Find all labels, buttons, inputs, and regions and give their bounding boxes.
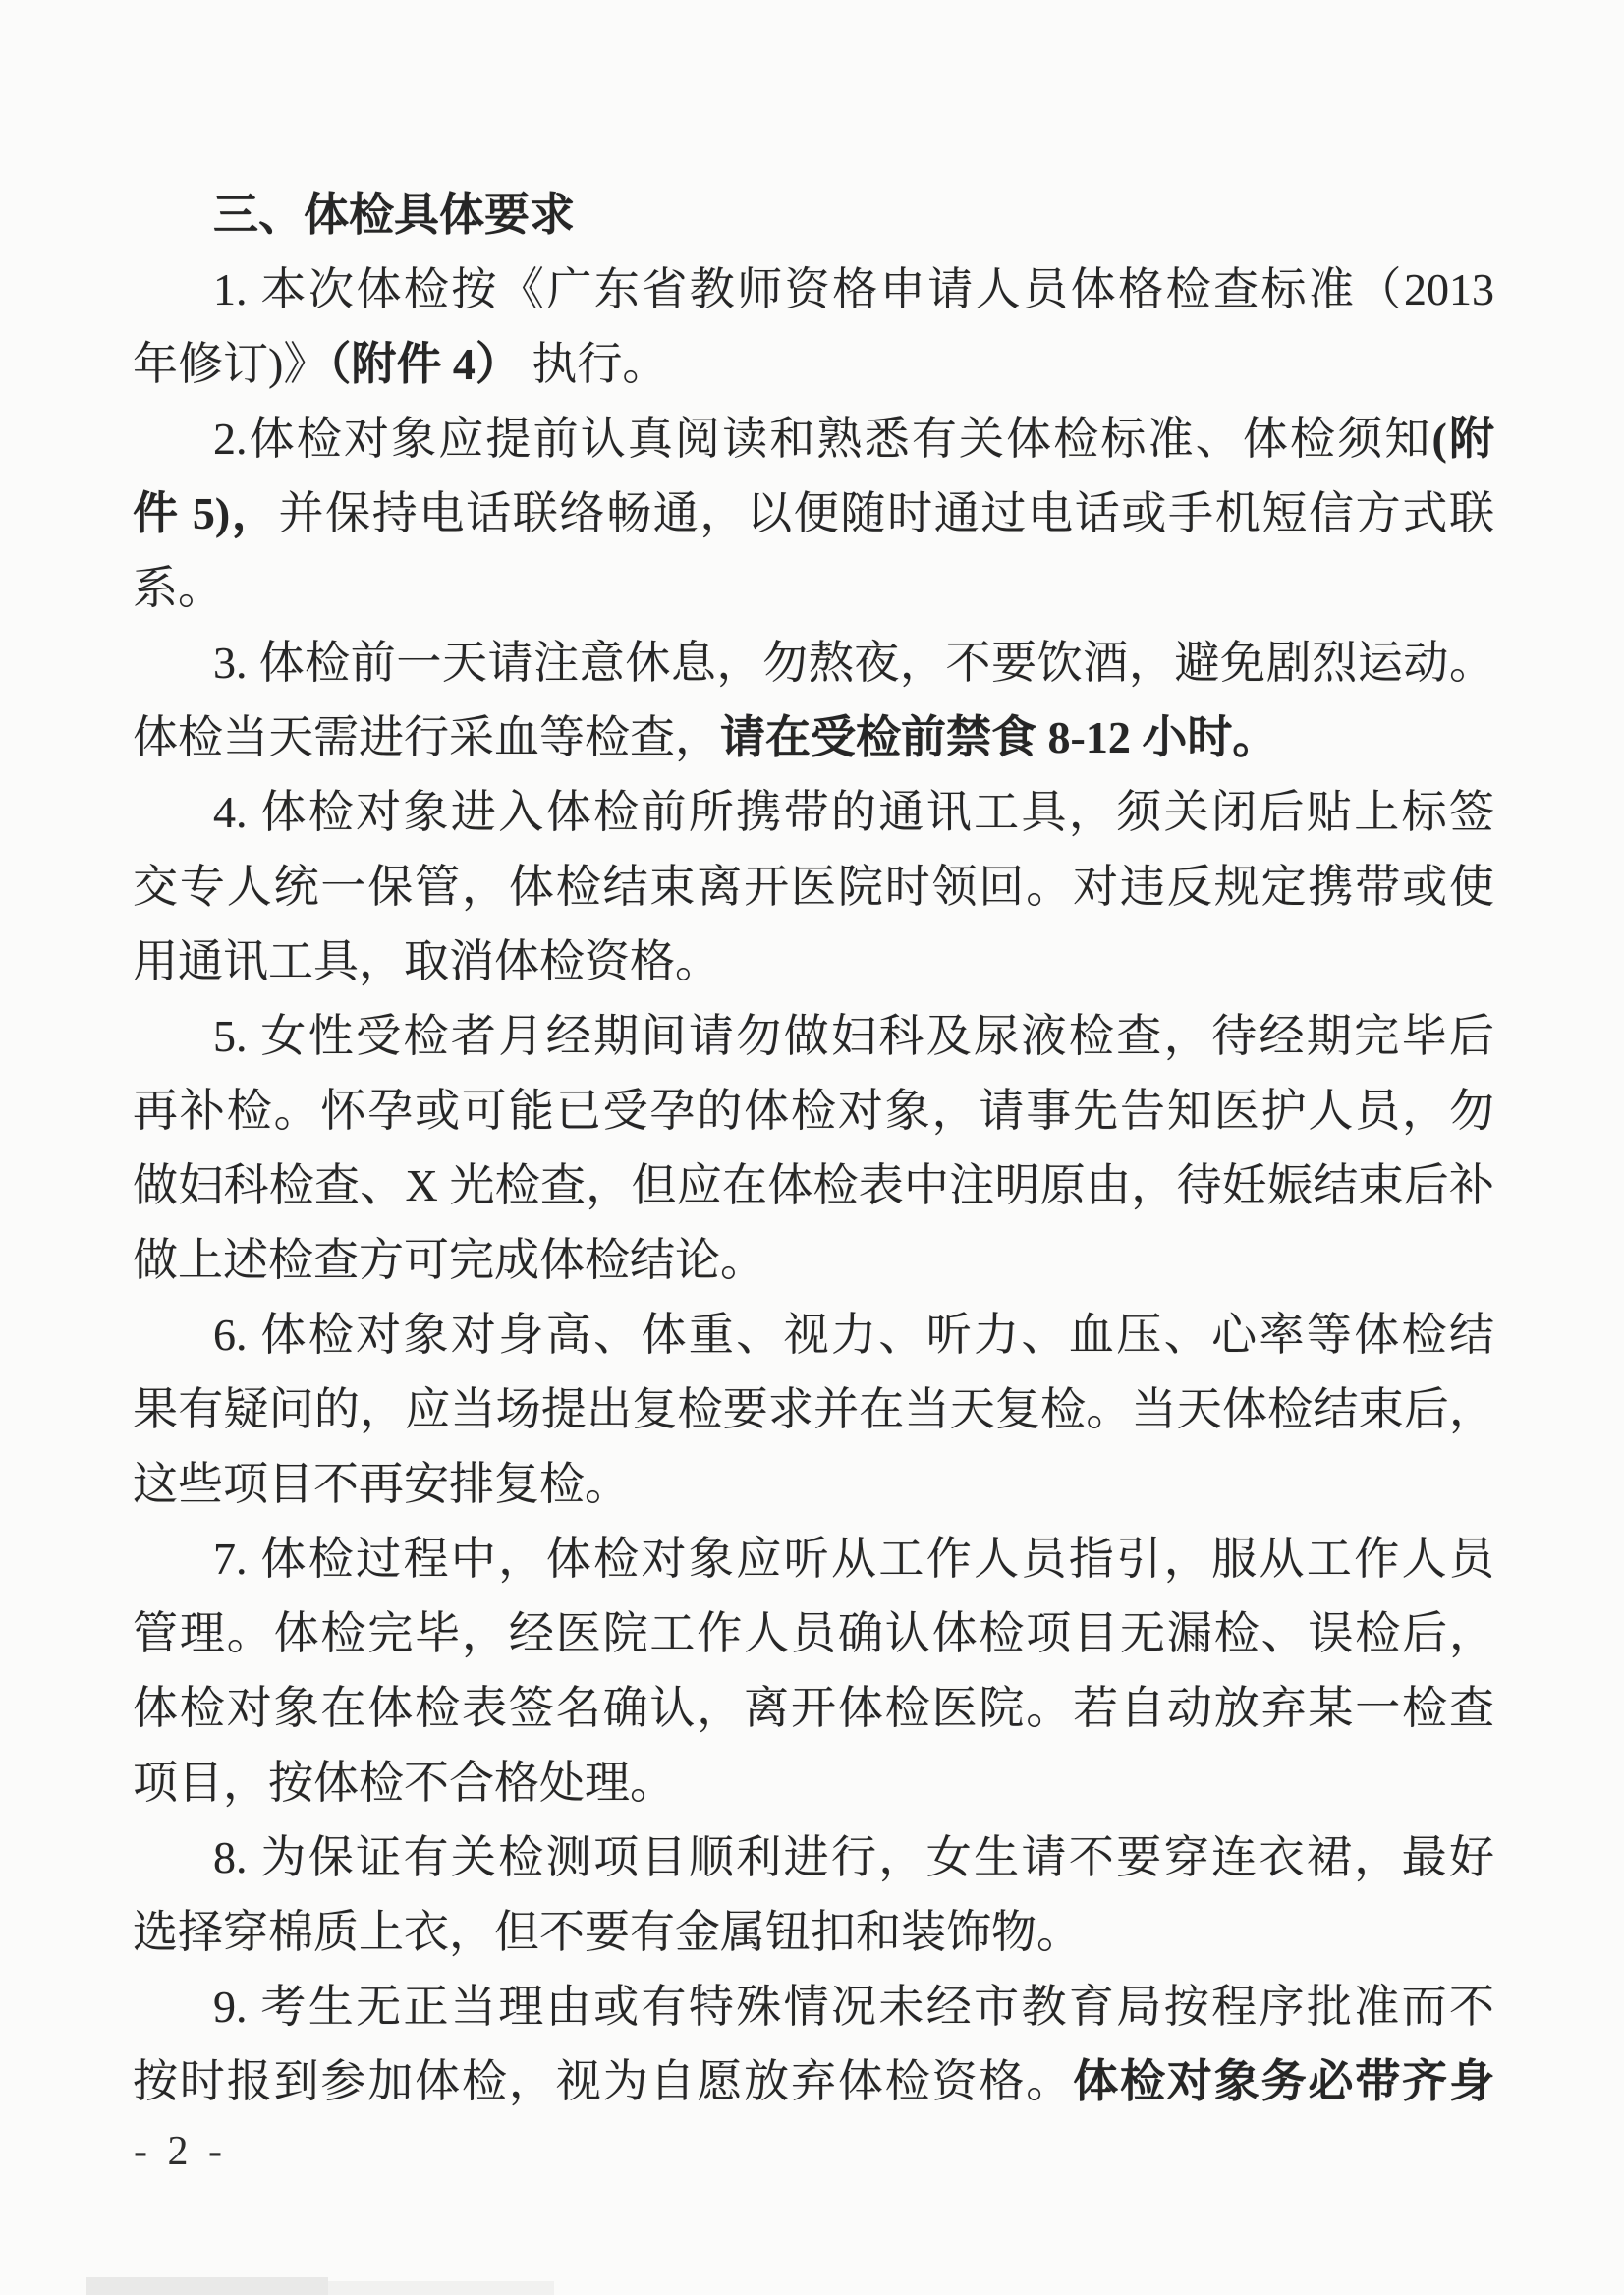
text-line: 交专人统一保管，体检结束离开医院时领回。对违反规定携带或使 (133, 850, 1494, 924)
text-line: 果有疑问的，应当场提出复检要求并在当天复检。当天体检结束后， (133, 1372, 1494, 1447)
text-run: 用通讯工具，取消体检资格。 (133, 936, 720, 986)
attachment-4-reference: （附件 4） (328, 339, 521, 389)
text-line: 再补检。怀孕或可能已受孕的体检对象，请事先告知医护人员，勿 (133, 1074, 1494, 1148)
text-line: 2.体检对象应提前认真阅读和熟悉有关体检标准、体检须知(附 (133, 402, 1494, 476)
paragraph-9: 9. 考生无正当理由或有特殊情况未经市教育局按程序批准而不 按时报到参加体检，视… (133, 1970, 1494, 2119)
text-line: 选择穿棉质上衣，但不要有金属钮扣和装饰物。 (133, 1895, 1494, 1970)
scan-artifact (86, 2277, 328, 2295)
text-line: 项目，按体检不合格处理。 (133, 1746, 1494, 1820)
text-line: 8. 为保证有关检测项目顺利进行，女生请不要穿连衣裙，最好 (133, 1820, 1494, 1895)
text-line: 1. 本次体检按《广东省教师资格申请人员体格检查标准（2013 (133, 252, 1494, 327)
bring-documents-emphasis: 体检对象务必带齐身 (1073, 2056, 1494, 2106)
text-run: 交专人统一保管，体检结束离开医院时领回。对违反规定携带或使 (133, 862, 1494, 912)
section-heading-text: 三、体检具体要求 (213, 190, 575, 240)
text-line: 管理。体检完毕，经医院工作人员确认体检项目无漏检、误检后， (133, 1596, 1494, 1671)
document-text-block: 三、体检具体要求 1. 本次体检按《广东省教师资格申请人员体格检查标准（2013… (133, 178, 1494, 2119)
paragraph-6: 6. 体检对象对身高、体重、视力、听力、血压、心率等体检结 果有疑问的，应当场提… (133, 1298, 1494, 1522)
paragraph-4: 4. 体检对象进入体检前所携带的通讯工具，须关闭后贴上标签 交专人统一保管，体检… (133, 775, 1494, 999)
text-run: 项目，按体检不合格处理。 (133, 1758, 675, 1808)
text-run: 9. 考生无正当理由或有特殊情况未经市教育局按程序批准而不 (213, 1982, 1494, 2032)
text-run: 管理。体检完毕，经医院工作人员确认体检项目无漏检、误检后， (133, 1608, 1494, 1658)
text-run: 体检对象在体检表签名确认，离开体检医院。若自动放弃某一检查 (133, 1683, 1494, 1733)
paragraph-5: 5. 女性受检者月经期间请勿做妇科及尿液检查，待经期完毕后 再补检。怀孕或可能已… (133, 999, 1494, 1298)
text-run: 选择穿棉质上衣，但不要有金属钮扣和装饰物。 (133, 1907, 1082, 1957)
text-run: 5. 女性受检者月经期间请勿做妇科及尿液检查，待经期完毕后 (213, 1011, 1494, 1061)
text-run: 做上述检查方可完成体检结论。 (133, 1235, 765, 1285)
text-line: 做妇科检查、X 光检查，但应在体检表中注明原由，待妊娠结束后补 (133, 1148, 1494, 1223)
text-run: 7. 体检过程中，体检对象应听从工作人员指引，服从工作人员 (213, 1534, 1494, 1584)
text-run: 再补检。怀孕或可能已受孕的体检对象，请事先告知医护人员，勿 (133, 1086, 1494, 1136)
text-line: 5. 女性受检者月经期间请勿做妇科及尿液检查，待经期完毕后 (133, 999, 1494, 1074)
text-line: 做上述检查方可完成体检结论。 (133, 1223, 1494, 1298)
attachment-5-reference-end: 件 5)， (133, 488, 278, 538)
scanned-document-page: 三、体检具体要求 1. 本次体检按《广东省教师资格申请人员体格检查标准（2013… (0, 0, 1624, 2295)
text-run: 并保持电话联络畅通，以便随时通过电话或手机短信方式联 (278, 488, 1494, 538)
paragraph-3: 3. 体检前一天请注意休息，勿熬夜，不要饮酒，避免剧烈运动。 体检当天需进行采血… (133, 626, 1494, 775)
text-run: 果有疑问的，应当场提出复检要求并在当天复检。当天体检结束后， (133, 1384, 1494, 1434)
section-heading: 三、体检具体要求 (133, 178, 1494, 252)
text-run: 这些项目不再安排复检。 (133, 1459, 630, 1509)
text-line: 这些项目不再安排复检。 (133, 1447, 1494, 1522)
text-run: 执行。 (521, 339, 668, 389)
paragraph-8: 8. 为保证有关检测项目顺利进行，女生请不要穿连衣裙，最好 选择穿棉质上衣，但不… (133, 1820, 1494, 1970)
attachment-5-reference-start: (附 (1432, 414, 1494, 464)
text-run: 系。 (133, 563, 223, 613)
text-run: 2.体检对象应提前认真阅读和熟悉有关体检标准、体检须知 (213, 414, 1432, 464)
text-line: 体检对象在体检表签名确认，离开体检医院。若自动放弃某一检查 (133, 1671, 1494, 1746)
text-line: 用通讯工具，取消体检资格。 (133, 924, 1494, 999)
text-run: 4. 体检对象进入体检前所携带的通讯工具，须关闭后贴上标签 (213, 787, 1494, 837)
fasting-requirement-emphasis: 请在受检前禁食 8-12 小时。 (720, 712, 1277, 762)
text-line: 3. 体检前一天请注意休息，勿熬夜，不要饮酒，避免剧烈运动。 (133, 626, 1494, 700)
text-line: 按时报到参加体检，视为自愿放弃体检资格。体检对象务必带齐身 (133, 2044, 1494, 2119)
text-run: 8. 为保证有关检测项目顺利进行，女生请不要穿连衣裙，最好 (213, 1832, 1494, 1882)
text-line: 件 5)，并保持电话联络畅通，以便随时通过电话或手机短信方式联 (133, 476, 1494, 551)
text-run: 体检当天需进行采血等检查， (133, 712, 720, 762)
text-run: 年修订)》 (133, 339, 328, 389)
paragraph-2: 2.体检对象应提前认真阅读和熟悉有关体检标准、体检须知(附 件 5)，并保持电话… (133, 402, 1494, 626)
text-run: 3. 体检前一天请注意休息，勿熬夜，不要饮酒，避免剧烈运动。 (213, 638, 1494, 688)
page-number: - 2 - (134, 2122, 227, 2181)
text-line: 7. 体检过程中，体检对象应听从工作人员指引，服从工作人员 (133, 1522, 1494, 1596)
text-line: 年修订)》（附件 4） 执行。 (133, 327, 1494, 402)
scan-artifact (328, 2281, 554, 2295)
text-run: 6. 体检对象对身高、体重、视力、听力、血压、心率等体检结 (213, 1310, 1494, 1360)
text-run: 按时报到参加体检，视为自愿放弃体检资格。 (133, 2056, 1073, 2106)
paragraph-7: 7. 体检过程中，体检对象应听从工作人员指引，服从工作人员 管理。体检完毕，经医… (133, 1522, 1494, 1820)
text-line: 体检当天需进行采血等检查，请在受检前禁食 8-12 小时。 (133, 700, 1494, 775)
text-run: 1. 本次体检按《广东省教师资格申请人员体格检查标准（2013 (213, 264, 1494, 314)
text-line: 系。 (133, 551, 1494, 626)
text-line: 9. 考生无正当理由或有特殊情况未经市教育局按程序批准而不 (133, 1970, 1494, 2044)
text-line: 4. 体检对象进入体检前所携带的通讯工具，须关闭后贴上标签 (133, 775, 1494, 850)
text-run: 做妇科检查、X 光检查，但应在体检表中注明原由，待妊娠结束后补 (133, 1160, 1494, 1210)
paragraph-1: 1. 本次体检按《广东省教师资格申请人员体格检查标准（2013 年修订)》（附件… (133, 252, 1494, 402)
text-line: 6. 体检对象对身高、体重、视力、听力、血压、心率等体检结 (133, 1298, 1494, 1372)
